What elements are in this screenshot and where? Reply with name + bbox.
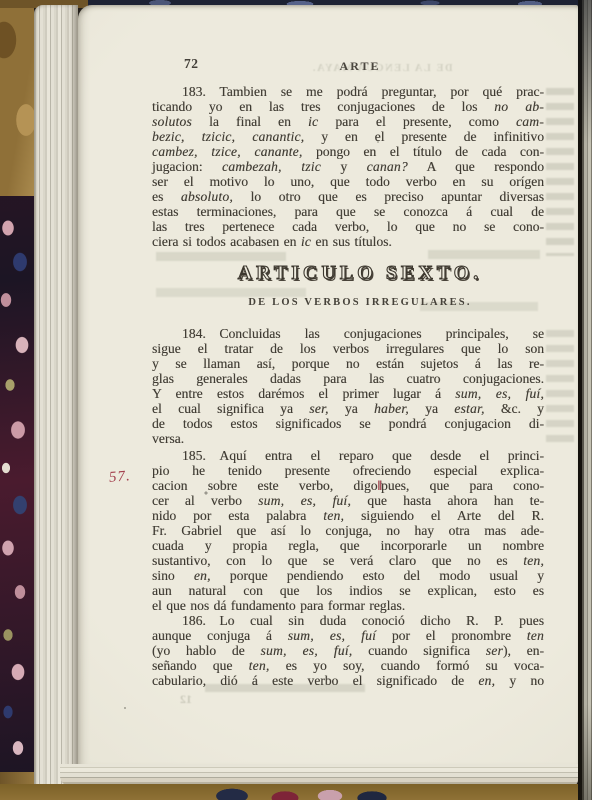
italic-run: sum, es, fuí, [258,493,351,508]
text-run: nido por esta palabra [152,508,323,523]
text-line: ser el motivo lo uno, que todo verbo en … [152,174,544,189]
text-line: señando que ten, es yo soy, cuando formó… [152,658,544,673]
article-heading: ARTICULO SEXTO. [160,262,560,285]
text-run: sino [152,568,194,583]
italic-run: sum, es, fuí [288,628,376,643]
paragraph-183: 183. Tambien se me podrá preguntar, por … [152,84,544,249]
text-run: y en el presente de infinitivo [304,129,544,144]
text-line: y se llaman así, porque no están sujetos… [152,356,544,371]
text-run: cuada y propia regla, que incorporarle u… [152,538,544,553]
italic-run: ic [308,114,318,129]
text-run: cabulario, dió á este verbo el significa… [152,673,478,688]
text-run: &c. y [485,401,544,416]
text-run: las tres pertenece cada verbo, lo que no… [152,219,544,234]
text-run: y no [495,673,544,688]
board-edge-bottom [0,784,592,800]
italic-run: sum, es, fuí, [260,643,352,658]
text-line: cuada y propia regla, que incorporarle u… [152,538,544,553]
text-run: pongo en el título de cada con- [302,144,544,159]
text-run: que hasta ahora han te- [351,493,544,508]
text-line: versa. [152,431,544,446]
text-line: el cual significa ya ser, ya haber, ya e… [152,401,544,416]
italic-run: en, [478,673,495,688]
text-line: ciera si todos acabasen en ic en sus tít… [152,234,544,249]
text-run: sigue el tratar de los verbos irregulare… [152,341,544,356]
text-run: estas terminaciones, para que se conozca… [152,204,544,219]
text-run: por el pronombre [376,628,527,643]
italic-run: absoluto, [181,189,233,204]
italic-run: ten, [249,658,270,673]
text-line: cacion sobre este verbo, digo‖pues, que … [152,478,544,493]
text-run: ciera si todos acabasen en [152,234,301,249]
text-run: en sus títulos. [311,234,392,249]
text-line: nido por esta palabra ten, siguiendo el … [152,508,544,523]
italic-run: ser [486,643,503,658]
paragraph-184: 184. Concluidas las conjugaciones princi… [152,326,544,446]
text-line: estas terminaciones, para que se conozca… [152,204,544,219]
handwritten-margin-note: 57. [108,468,131,487]
text-run: ya [409,401,454,416]
paragraph-186: 186. Lo cual sin duda conoció dicho R. P… [152,613,544,688]
page-stack-bottom-edge [60,764,578,786]
text-run: y se llaman así, porque no están sujetos… [152,356,544,371]
text-run: y [321,159,367,174]
text-line: cambez, tzice, canante, pongo en el títu… [152,144,544,159]
text-line: glas generales dadas para las cuatro con… [152,371,544,386]
text-run: 185. Aquí entra el reparo que desde el p… [182,448,544,463]
italic-run: cambezah, tzic [222,159,321,174]
text-run: es [152,189,181,204]
text-line: bezic, tzicic, canantic, y en el present… [152,129,544,144]
text-run: (yo hablo de [152,643,260,658]
running-title: ARTE [160,59,560,74]
text-line: de todos estos significados se pondrá co… [152,416,544,431]
text-run: cuando significa [352,643,485,658]
text-run: sustantivo, con lo que se verá claro que… [152,553,523,568]
text-line: sino en, porque pendiendo esto del modo … [152,568,544,583]
text-run: pues, que para cono- [381,478,544,493]
text-run: para el presente, como [318,114,516,129]
italic-run: ic [301,234,311,249]
italic-run: ten, [323,508,344,523]
text-line: 186. Lo cual sin duda conoció dicho R. P… [152,613,544,628]
text-run: pio he tenido presente ofreciendo especi… [152,463,544,478]
text-run: aun natural con que los indios se explic… [152,583,544,598]
text-run: el que nos dá fundamento para formar reg… [152,598,405,613]
paragraph-185: 185. Aquí entra el reparo que desde el p… [152,448,544,613]
text-run: aunque conjuga á [152,628,288,643]
text-run: lo otro que es preciso apuntar diversas [233,189,544,204]
italic-run: en, [194,568,211,583]
scanned-book-page: DE LA LENGUA MAYA. 12 72 ARTE 183. Tambi… [0,0,592,800]
article-subtitle: DE LOS VERBOS IRREGULARES. [160,297,560,308]
board-edge-top-left [0,0,34,196]
text-line: Fr. Gabriel que así lo conjuga, no hay o… [152,523,544,538]
italic-run: solutos [152,114,192,129]
italic-run: haber, [374,401,409,416]
text-run: señando que [152,658,249,673]
text-run: porque pendiendo esto del modo usual y [211,568,544,583]
text-line: 184. Concluidas las conjugaciones princi… [152,326,544,341]
text-run: versa. [152,431,184,446]
italic-run: cam- [516,114,544,129]
italic-run: ten, [523,553,544,568]
text-line: jugacion: cambezah, tzic y canan? A que … [152,159,544,174]
text-line: cabulario, dió á este verbo el significa… [152,673,544,688]
text-line: las tres pertenece cada verbo, lo que no… [152,219,544,234]
text-run: de todos estos significados se pondrá co… [152,416,544,431]
text-line: aun natural con que los indios se explic… [152,583,544,598]
text-line: aunque conjuga á sum, es, fuí por el pro… [152,628,544,643]
text-line: ticando yo en las tres conjugaciones de … [152,99,544,114]
text-run: jugacion: [152,159,222,174]
italic-run: canan? [367,159,408,174]
text-line: 185. Aquí entra el reparo que desde el p… [152,448,544,463]
text-run: 186. Lo cual sin duda conoció dicho R. P… [182,613,544,628]
text-run: la final en [192,114,308,129]
text-line: el que nos dá fundamento para formar reg… [152,598,544,613]
text-line: sustantivo, con lo que se verá claro que… [152,553,544,568]
text-run: Fr. Gabriel que así lo conjuga, no hay o… [152,523,544,538]
text-run: ya [329,401,374,416]
text-run: glas generales dadas para las cuatro con… [152,371,544,386]
text-run: ), en- [503,643,544,658]
text-line: pio he tenido presente ofreciendo especi… [152,463,544,478]
text-run: Y entre estos darémos el primer lugar á [152,386,455,401]
text-run: el cual significa ya [152,401,309,416]
italic-run: cambez, tzice, canante, [152,144,302,159]
text-run: 183. Tambien se me podrá preguntar, por … [182,84,544,99]
italic-run: ser, [309,401,328,416]
italic-run: bezic, tzicic, canantic, [152,129,304,144]
text-run: siguiendo el Arte del R. [344,508,544,523]
text-run: ticando yo en las tres conjugaciones de … [152,99,494,114]
text-line: Y entre estos darémos el primer lugar á … [152,386,544,401]
text-run: 184. Concluidas las conjugaciones princi… [182,326,544,341]
italic-run: estar, [454,401,484,416]
text-run: cer al verbo [152,493,258,508]
text-line: es absoluto, lo otro que es preciso apun… [152,189,544,204]
text-run: cacion sobre este verbo, digo [152,478,378,493]
italic-run: sum, es, fuí, [455,386,544,401]
text-line: sigue el tratar de los verbos irregulare… [152,341,544,356]
text-line: solutos la final en ic para el presente,… [152,114,544,129]
text-line: 183. Tambien se me podrá preguntar, por … [152,84,544,99]
text-run: es yo soy, cuando formó su voca- [269,658,544,673]
text-run: ser el motivo lo uno, que todo verbo en … [152,174,544,189]
gutter-shadow [578,0,592,800]
page-stack-left-edge [34,5,78,793]
text-run: A que respondo [408,159,544,174]
italic-run: ten [527,628,544,643]
text-line: cer al verbo sum, es, fuí, que hasta aho… [152,493,544,508]
text-line: (yo hablo de sum, es, fuí, cuando signif… [152,643,544,658]
italic-run: no ab- [494,99,544,114]
